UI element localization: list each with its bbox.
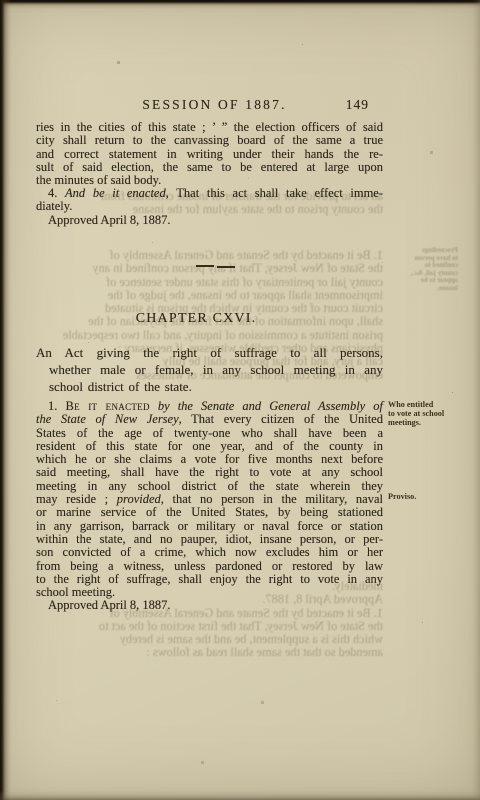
act-title: An Act giving the right of suffrage to a… [36,344,383,395]
scanned-book-page: an act to provide for the transfer of in… [0,0,480,800]
scan-edge-left [0,0,11,800]
margin-note-who-entitled: Who entitledto vote at schoolmeetings. [388,401,462,427]
scan-edge-right [472,0,480,800]
approved-date-top: Approved April 8, 1887. [36,214,383,227]
continuation-paragraph: ries in the cities of this state ; ’ ” t… [36,121,383,187]
page-number: 149 [346,97,369,113]
section-four-paragraph: 4. And be it enacted, That this act shal… [36,187,383,214]
running-title: SESSION OF 1887. [36,97,383,113]
scan-edge-top [0,0,480,9]
approved-date-bottom: Approved April 8, 1887. [36,599,383,612]
scan-edge-bottom [0,790,480,800]
chapter-heading: CHAPTER CXVI. [36,311,356,327]
bleedthrough-margin-note: Proceedingsto have personconfined incoun… [400,247,458,293]
page-header: SESSION OF 1887. 149 [36,97,383,113]
section-one-paragraph: 1. Be it enacted by the Senate and Gener… [36,400,383,599]
section-divider-rule [196,265,240,269]
margin-note-proviso: Proviso. [388,493,462,502]
